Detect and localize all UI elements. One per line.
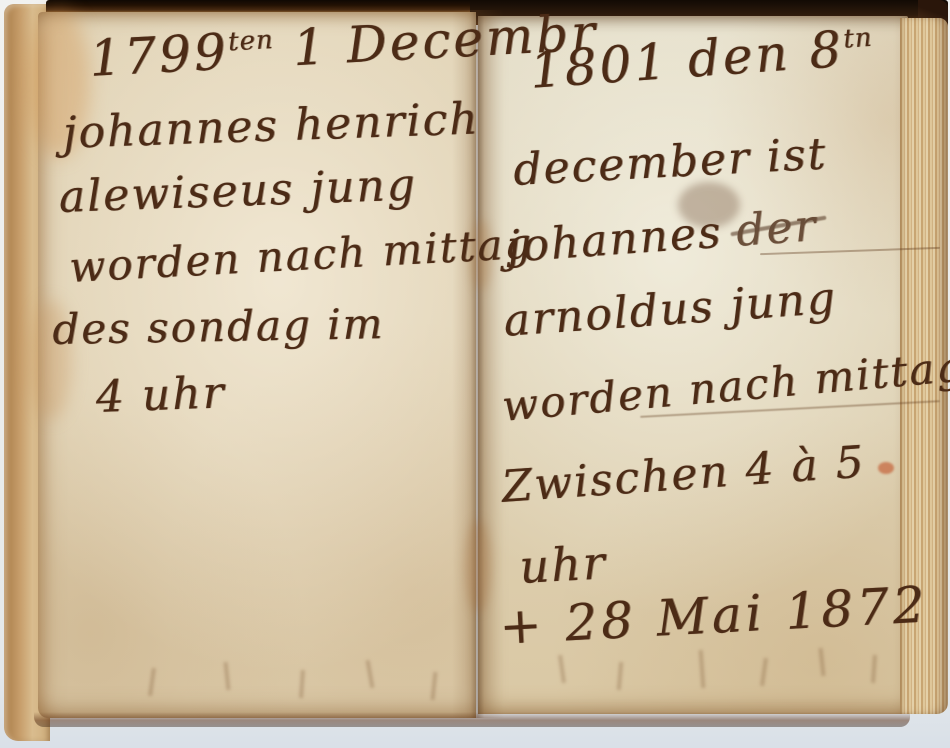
date-year: 1801 [528,32,671,100]
date-ordinal-superscript: ten [227,25,274,57]
date-mid: den 8 [686,20,846,89]
left-page-line-day: des sondag im [52,299,385,354]
date-year: 1799 [88,23,230,88]
notebook-scan: 1799ten 1 Decembr johannes henrich alewi… [0,0,950,748]
right-page-line-hour: uhr [518,535,608,593]
scratched-out-word: der [734,200,819,257]
left-page-line-hour: 4 uhr [95,367,226,422]
date-ordinal-superscript: tn [842,23,873,55]
